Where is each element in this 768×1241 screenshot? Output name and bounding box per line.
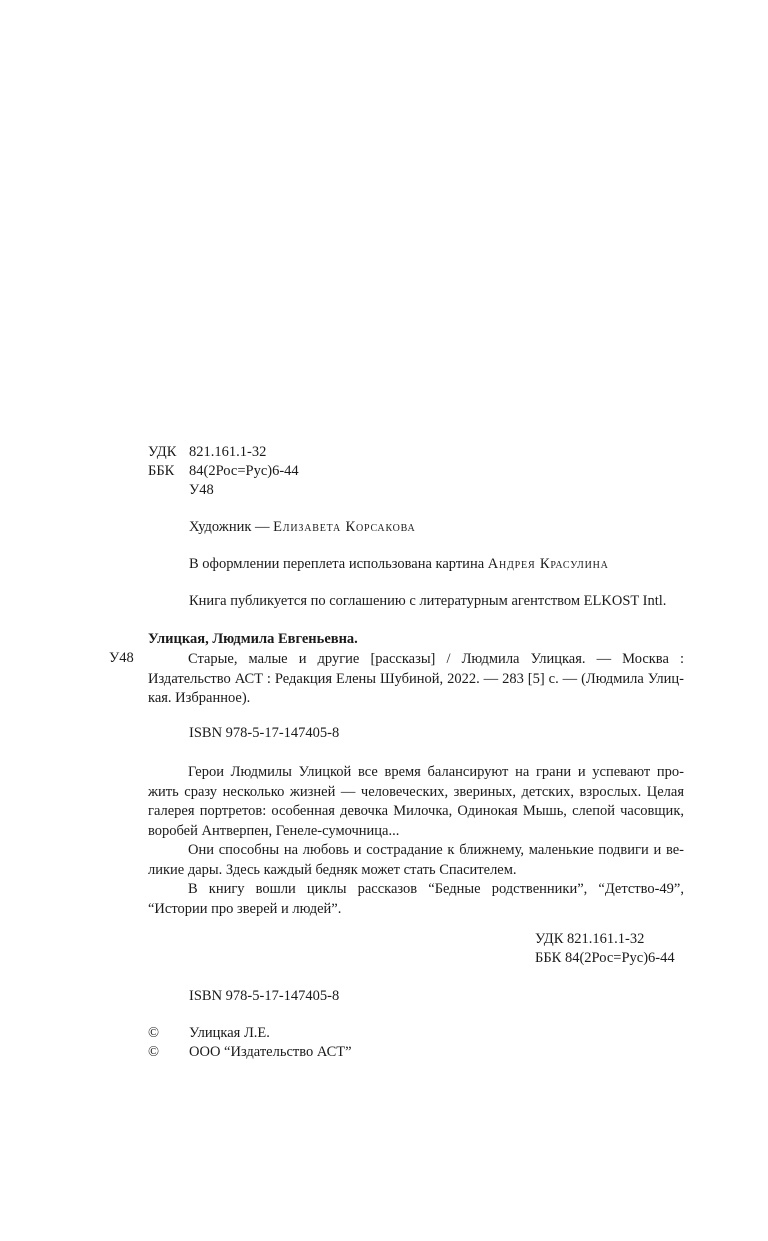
artist-credit: Художник — Елизавета Корсакова — [189, 519, 416, 536]
annotation-line: жить сразу несколько жизней — человеческ… — [148, 783, 684, 803]
author-mark: У48 — [189, 482, 214, 499]
footer-bbk: ББК 84(2Рос=Рус)6-44 — [535, 950, 675, 967]
cover-artist: Андрея Красулина — [488, 556, 609, 572]
annotation-line: воробей Антверпен, Генеле-сумочница... — [148, 822, 684, 842]
annotation-line: Они способны на любовь и сострадание к б… — [148, 841, 684, 861]
udk-label: УДК — [148, 444, 176, 461]
copyright-holder: Улицкая Л.Е. — [189, 1025, 270, 1042]
isbn: ISBN 978-5-17-147405-8 — [189, 725, 339, 742]
annotation-line: Герои Людмилы Улицкой все время балансир… — [148, 763, 684, 783]
copyright-icon: © — [148, 1025, 159, 1042]
annotation-line: В книгу вошли циклы рассказов “Бедные ро… — [148, 880, 684, 900]
bibliographic-description: Старые, малые и другие [рассказы] / Людм… — [148, 650, 684, 709]
author-heading: Улицкая, Людмила Евгеньевна. — [148, 631, 358, 648]
copyright-icon: © — [148, 1044, 159, 1061]
description-line: Издательство АСТ : Редакция Елены Шубино… — [148, 670, 684, 690]
footer-isbn: ISBN 978-5-17-147405-8 — [189, 988, 339, 1005]
annotation-line: ликие дары. Здесь каждый бедняк может ст… — [148, 861, 684, 881]
description-line: Старые, малые и другие [рассказы] / Людм… — [148, 650, 684, 670]
artist-name: Елизавета Корсакова — [273, 519, 415, 535]
footer-udk: УДК 821.161.1-32 — [535, 931, 644, 948]
udk-value: 821.161.1-32 — [189, 444, 266, 461]
agency-note: Книга публикуется по соглашению с литера… — [189, 593, 666, 610]
description-line: кая. Избранное). — [148, 689, 684, 709]
annotation-line: “Истории про зверей и людей”. — [148, 900, 684, 920]
bbk-label: ББК — [148, 463, 174, 480]
annotation: Герои Людмилы Улицкой все время балансир… — [148, 763, 684, 919]
cover-credit: В оформлении переплета использована карт… — [189, 556, 609, 573]
cover-prefix: В оформлении переплета использована карт… — [189, 556, 488, 572]
annotation-line: галерея портретов: особенная девочка Мил… — [148, 802, 684, 822]
bbk-value: 84(2Рос=Рус)6-44 — [189, 463, 299, 480]
author-mark-margin: У48 — [109, 650, 134, 667]
artist-prefix: Художник — — [189, 519, 273, 535]
copyright-holder: ООО “Издательство АСТ” — [189, 1044, 352, 1061]
